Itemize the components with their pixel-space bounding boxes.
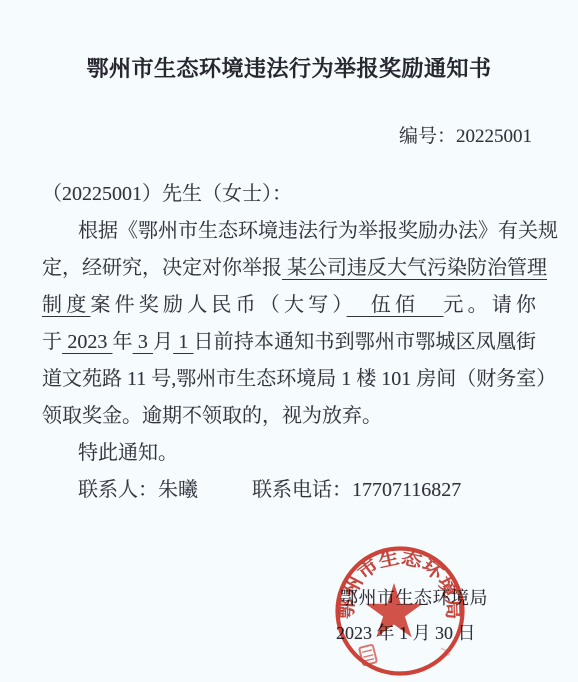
signature-org: 鄂州市生态环境局: [340, 584, 488, 610]
underlined-blank-month: 3: [133, 331, 153, 353]
body-line-closing: 特此通知。: [42, 435, 536, 472]
seal-smudge: [441, 648, 450, 655]
body-line: 领取奖金。逾期不领取的，视为放弃。: [42, 398, 536, 435]
contact-person-label: 联系人：: [78, 479, 158, 501]
contact-person: 朱曦: [158, 479, 198, 501]
body-line: 根据《鄂州市生态环境违法行为举报奖励办法》有关规: [42, 213, 536, 250]
underlined-blank-report-subject-cont: 制度: [42, 294, 90, 316]
contact-line: 联系人：朱曦联系电话：17707116827: [42, 472, 536, 509]
seal-ring: [338, 549, 463, 674]
underlined-blank-report-subject: 某公司违反大气污染防治管理: [282, 257, 547, 279]
salutation: （20225001）先生（女士）：: [42, 176, 536, 213]
serial-value: 20225001: [456, 126, 532, 147]
underlined-blank-amount: 伍佰: [347, 294, 444, 316]
body-line: 定，经研究，决定对你举报 某公司违反大气污染防治管理: [42, 250, 536, 287]
body-line: 制度案件奖励人民币（大写） 伍佰 元。请你: [42, 287, 536, 324]
underlined-blank-day: 1: [173, 331, 193, 353]
underlined-blank-year: 2023: [62, 331, 112, 353]
contact-phone: 17707116827: [352, 479, 461, 501]
document-body: （20225001）先生（女士）： 根据《鄂州市生态环境违法行为举报奖励办法》有…: [42, 176, 536, 509]
document-title: 鄂州市生态环境违法行为举报奖励通知书: [0, 0, 578, 83]
serial-number-line: 编号：20225001: [0, 121, 578, 148]
serial-label: 编号：: [399, 126, 456, 147]
seal-emblem: [359, 645, 377, 666]
body-line: 于 2023 年 3 月 1 日前持本通知书到鄂州市鄂城区凤凰街: [42, 324, 536, 361]
signature-date: 2023 年 1 月 30 日: [336, 619, 476, 645]
body-line: 道文苑路 11 号,鄂州市生态环境局 1 楼 101 房间（财务室）: [42, 361, 536, 398]
contact-phone-label: 联系电话：: [252, 479, 352, 501]
document-page: 鄂州市生态环境违法行为举报奖励通知书 编号：20225001 （20225001…: [0, 0, 578, 682]
